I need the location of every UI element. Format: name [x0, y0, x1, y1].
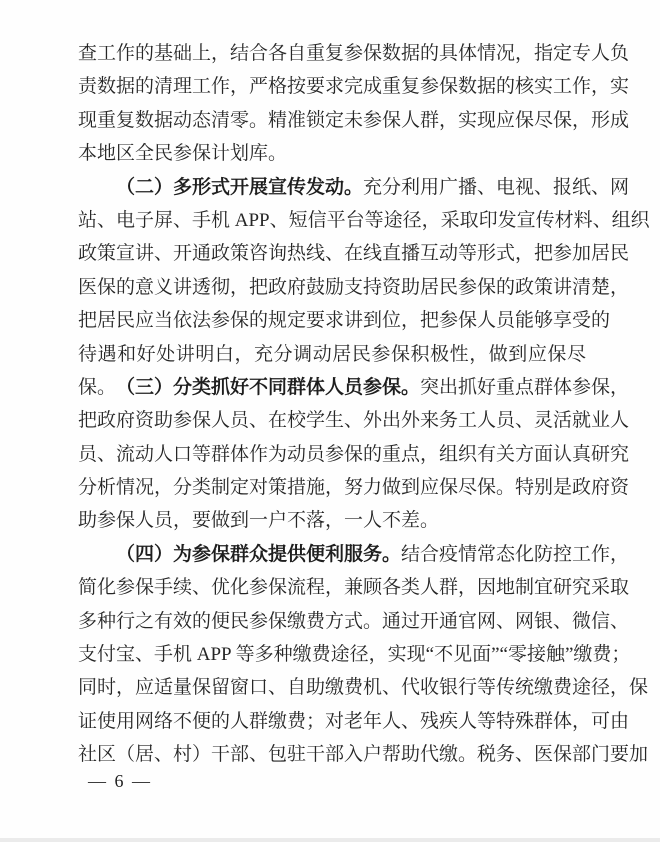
paragraph-4: （四）为参保群众提供便利服务。结合疫情常态化防控工作， 简化参保手续、优化参保流…: [78, 538, 586, 772]
page-number: — 6 —: [88, 771, 152, 792]
text-line: 证使用网络不便的人群缴费；对老年人、残疾人等特殊群体，可由: [78, 705, 586, 738]
text-run: 充分利用广播、电视、报纸、网: [363, 177, 629, 198]
section-heading: （四）为参保群众提供便利服务。: [116, 544, 401, 565]
text-line: 员、流动人口等群体作为动员参保的重点，组织有关方面认真研究: [78, 438, 586, 471]
text-line: 简化参保手续、优化参保流程，兼顾各类人群，因地制宜研究采取: [78, 571, 586, 604]
text-line: （三）分类抓好不同群体人员参保。突出抓好重点群体参保，: [78, 371, 586, 404]
text-line: 待遇和好处讲明白，充分调动居民参保积极性，做到应保尽保。: [78, 338, 586, 371]
text-line: 现重复数据动态清零。精准锁定未参保人群，实现应保尽保，形成: [78, 104, 586, 137]
paragraph-3: （三）分类抓好不同群体人员参保。突出抓好重点群体参保， 把政府资助参保人员、在校…: [78, 371, 586, 538]
text-line: 责数据的清理工作，严格按要求完成重复参保数据的核实工作，实: [78, 70, 586, 103]
text-line: 支付宝、手机 APP 等多种缴费途径，实现“不见面”“零接触”缴费；: [78, 638, 586, 671]
text-line: 查工作的基础上，结合各自重复参保数据的具体情况，指定专人负: [78, 37, 586, 70]
text-line: 把居民应当依法参保的规定要求讲到位，把参保人员能够享受的: [78, 304, 586, 337]
scan-bottom-edge: [0, 838, 660, 842]
paragraph-1: 查工作的基础上，结合各自重复参保数据的具体情况，指定专人负 责数据的清理工作，严…: [78, 37, 586, 171]
text-line: 助参保人员，要做到一户不落，一人不差。: [78, 504, 586, 537]
text-line: （四）为参保群众提供便利服务。结合疫情常态化防控工作，: [78, 538, 586, 571]
text-line: 政策宣讲、开通政策咨询热线、在线直播互动等形式，把参加居民: [78, 237, 586, 270]
document-body: 查工作的基础上，结合各自重复参保数据的具体情况，指定专人负 责数据的清理工作，严…: [78, 37, 586, 772]
text-line: 社区（居、村）干部、包驻干部入户帮助代缴。税务、医保部门要加: [78, 738, 586, 771]
text-line: 医保的意义讲透彻，把政府鼓励支持资助居民参保的政策讲清楚，: [78, 271, 586, 304]
text-line: 分析情况，分类制定对策措施，努力做到应保尽保。特别是政府资: [78, 471, 586, 504]
text-line: 本地区全民参保计划库。: [78, 137, 586, 170]
text-line: （二）多形式开展宣传发动。充分利用广播、电视、报纸、网: [78, 171, 586, 204]
paragraph-2: （二）多形式开展宣传发动。充分利用广播、电视、报纸、网 站、电子屏、手机 APP…: [78, 171, 586, 371]
text-line: 站、电子屏、手机 APP、短信平台等途径，采取印发宣传材料、组织: [78, 204, 586, 237]
text-line: 多种行之有效的便民参保缴费方式。通过开通官网、网银、微信、: [78, 605, 586, 638]
section-heading: （三）分类抓好不同群体人员参保。: [116, 377, 420, 398]
text-run: 突出抓好重点群体参保，: [420, 377, 629, 398]
section-heading: （二）多形式开展宣传发动。: [116, 177, 363, 198]
text-line: 同时，应适量保留窗口、自助缴费机、代收银行等传统缴费途径，保: [78, 671, 586, 704]
document-page: 查工作的基础上，结合各自重复参保数据的具体情况，指定专人负 责数据的清理工作，严…: [0, 0, 660, 842]
text-run: 结合疫情常态化防控工作，: [401, 544, 629, 565]
text-line: 把政府资助参保人员、在校学生、外出外来务工人员、灵活就业人: [78, 404, 586, 437]
